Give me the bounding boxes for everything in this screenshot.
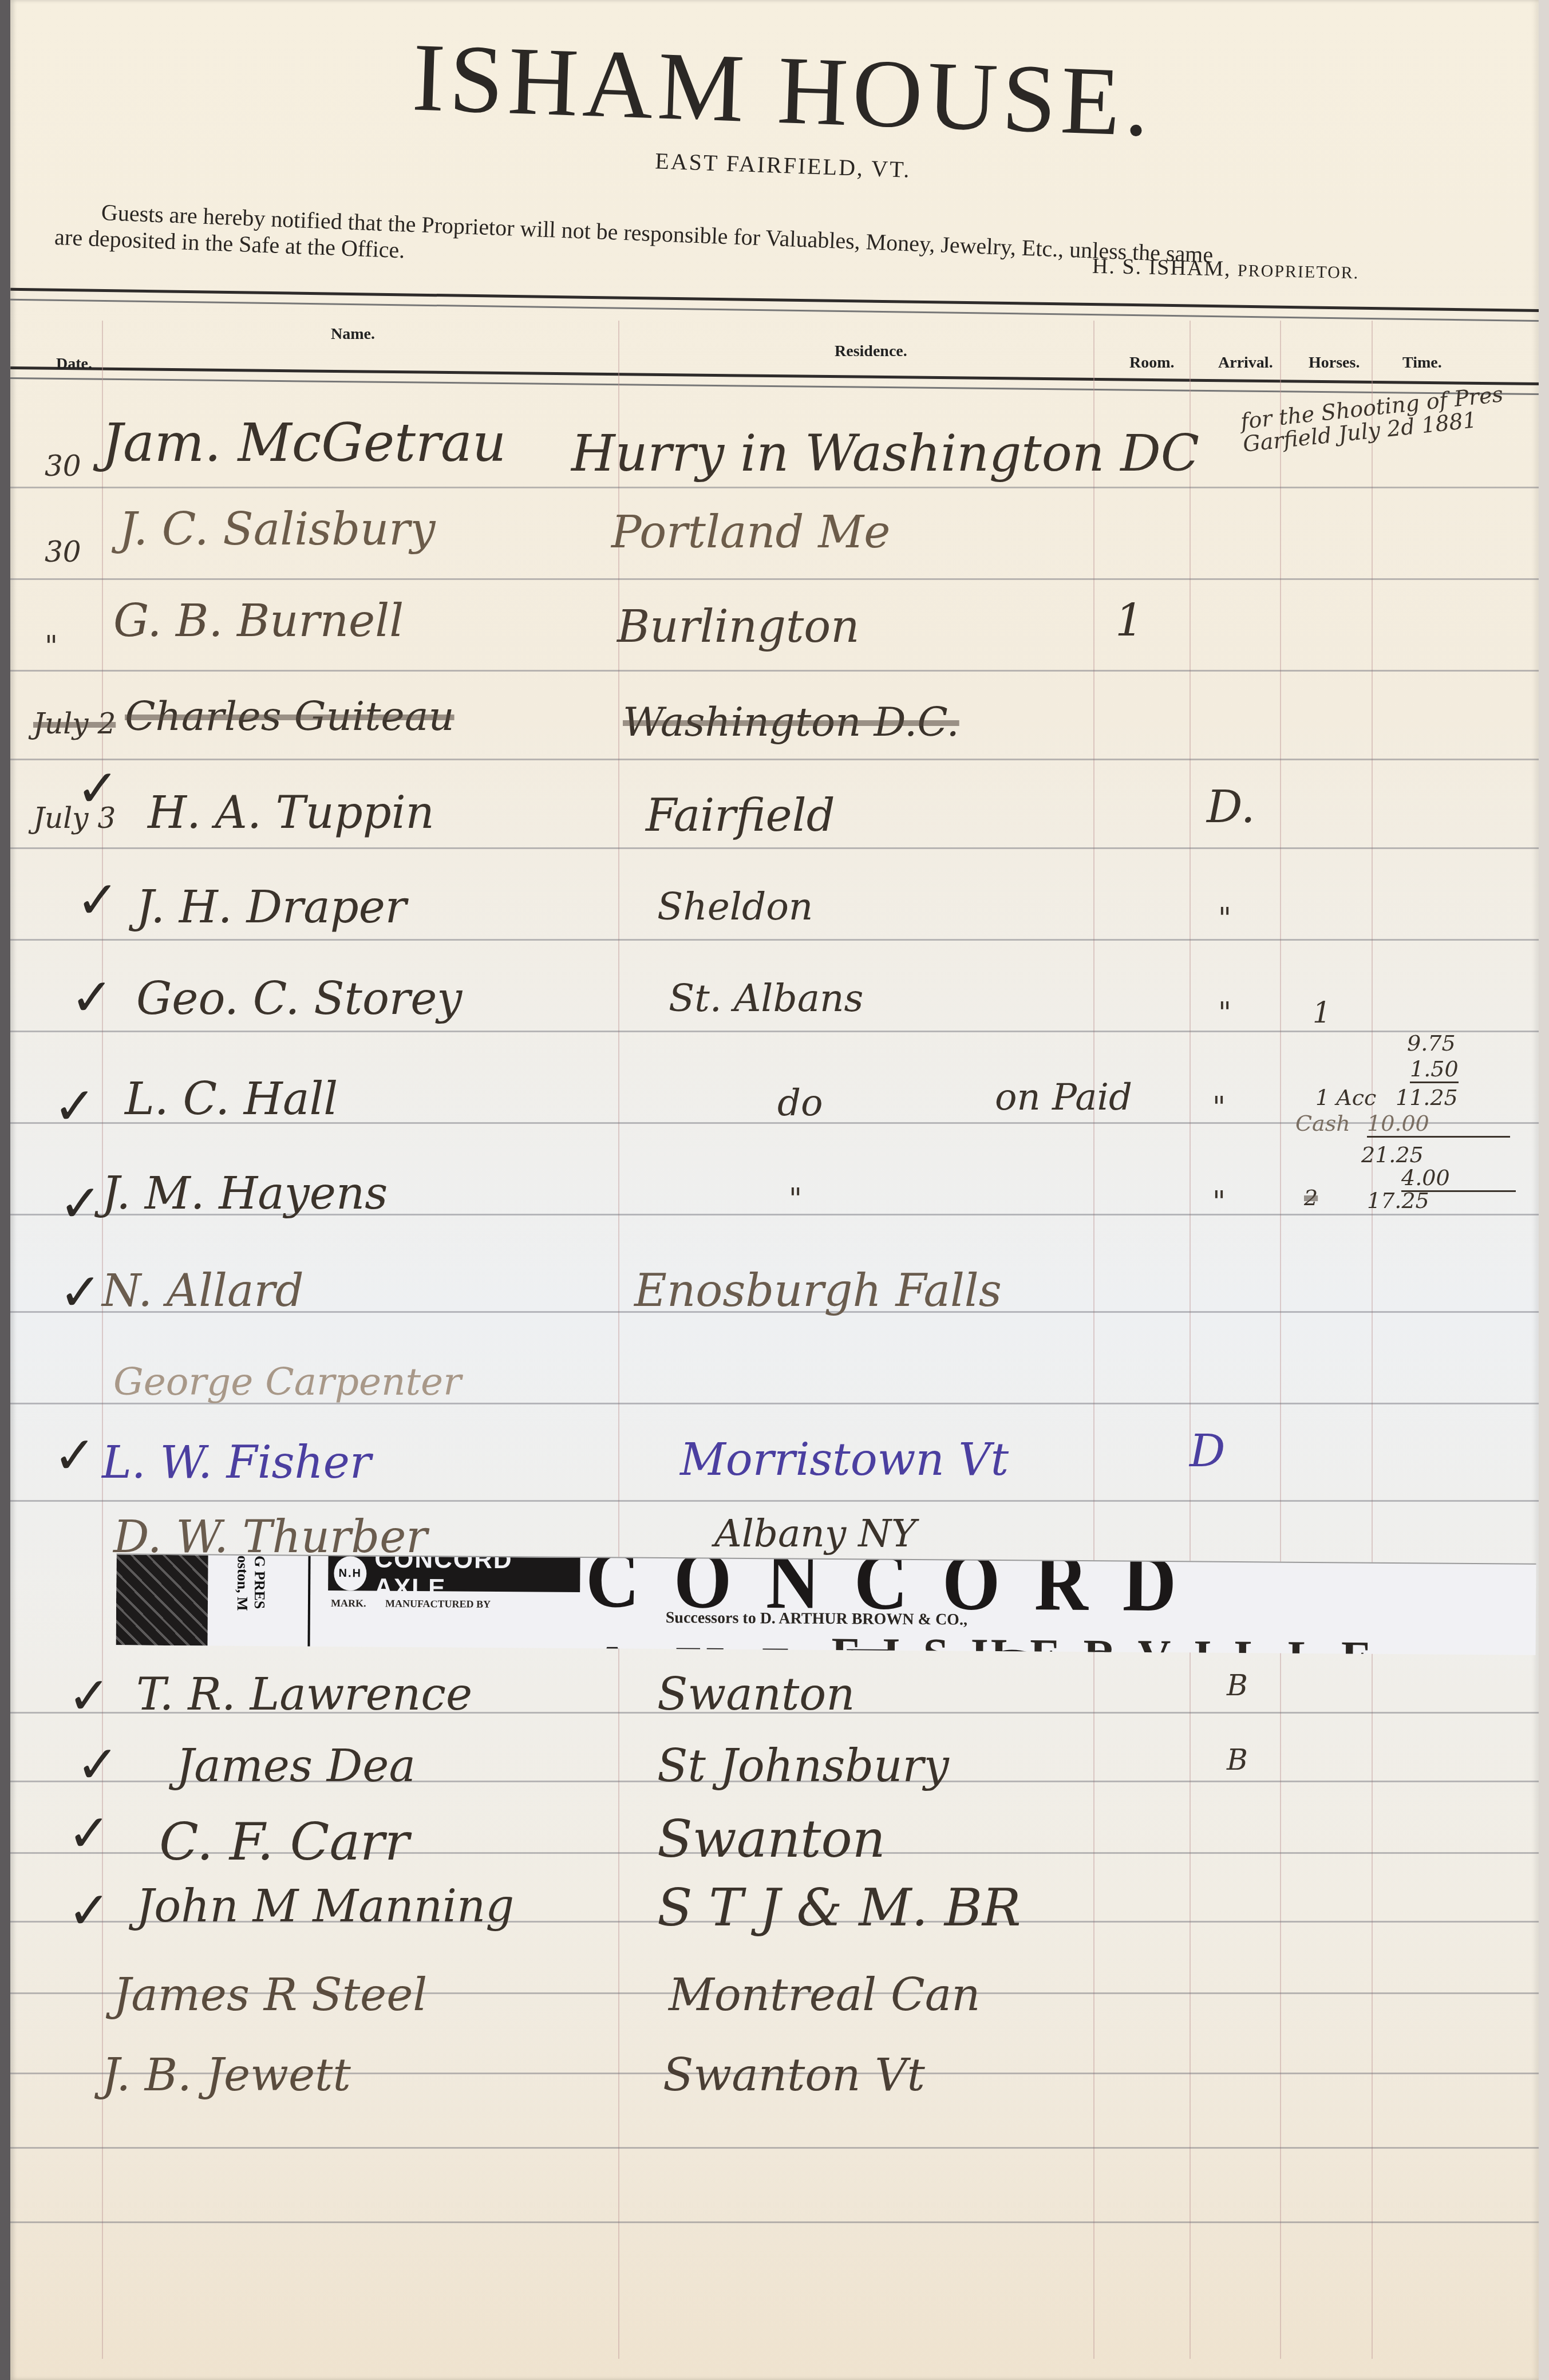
entry-residence: do (777, 1082, 823, 1124)
page-edge (1539, 0, 1549, 2380)
account-line-3-label: 1 Acc (1315, 1085, 1376, 1110)
row-rule (10, 2221, 1539, 2223)
entry-arrival: D (1190, 1426, 1226, 1477)
entry-residence: Sheldon (657, 885, 813, 929)
column-rule-arrival (1280, 321, 1281, 2359)
entry-name: Geo. C. Storey (136, 973, 462, 1025)
account-line-4: 10.00 (1367, 1111, 1510, 1138)
entry-name: H. A. Tuppin (148, 787, 434, 839)
entry-residence: " (789, 1182, 802, 1215)
entry-residence: Hurry in Washington DC (571, 424, 1199, 483)
ad-side-text-2: oston, M (234, 1556, 251, 1611)
column-rule-residence (1093, 321, 1094, 2359)
row-rule (10, 2147, 1539, 2149)
entry-residence: Montreal Can (669, 1969, 981, 2021)
entry-residence: Swanton (657, 1669, 855, 1720)
entry-date: 30 (45, 535, 81, 569)
entry-residence: Swanton Vt (663, 2050, 925, 2101)
column-header-residence: Residence. (835, 342, 907, 361)
entry-arrival: D. (1207, 782, 1255, 833)
check-mark-icon: ✓ (76, 870, 119, 930)
column-header-name: Name. (331, 325, 375, 344)
entry-arrival: " (1218, 996, 1231, 1029)
account-struck-total: 2 (1304, 1185, 1318, 1210)
row-rule (10, 1500, 1539, 1502)
entry-arrival: " (1218, 902, 1231, 935)
entry-arrival: " (1212, 1091, 1226, 1124)
ad-side-text: G PRES oston, M (216, 1556, 268, 1647)
entry-name: T. R. Lawrence (136, 1669, 472, 1720)
entry-residence: Enosburgh Falls (634, 1265, 1002, 1317)
trademark-logo-text: CONCORD AXLE (374, 1553, 580, 1604)
successors-line: Successors to D. ARTHUR BROWN & CO., (666, 1609, 967, 1629)
entry-name: John M Manning (136, 1881, 514, 1932)
check-mark-icon: ✓ (53, 1076, 96, 1136)
entry-name: Jam. McGetrau (102, 412, 506, 473)
entry-date: 30 (45, 449, 81, 483)
entry-residence: St Johnsbury (657, 1740, 949, 1792)
entry-name: J. B. Jewett (102, 2050, 351, 2101)
book-binding-edge (0, 0, 10, 2380)
proprietor-name: H. S. ISHAM, (1092, 254, 1231, 281)
account-line-3: 11.25 (1396, 1085, 1458, 1110)
ad-divider (307, 1556, 310, 1647)
account-line-5: 21.25 (1361, 1142, 1424, 1167)
entry-arrival: " (1212, 1185, 1226, 1218)
trademark-label: MARK. (331, 1597, 366, 1609)
row-rule (10, 487, 1539, 488)
entry-residence: St. Albans (669, 976, 863, 1020)
ad-side-text-1: G PRES (251, 1556, 268, 1609)
entry-payment-note: on Paid (995, 1076, 1132, 1119)
entry-residence: Morristown Vt (680, 1434, 1009, 1486)
entry-arrival: B (1227, 1743, 1248, 1777)
trademark-logo: N.H CONCORD AXLE (328, 1556, 580, 1592)
entry-arrival: B (1227, 1669, 1248, 1702)
entry-name-struck: Charles Guiteau (125, 693, 455, 740)
entry-horses: 1 (1313, 996, 1331, 1029)
hotel-title: ISHAM HOUSE. (352, 19, 1214, 161)
entry-residence: S T J & M. BR (657, 1878, 1021, 1938)
pasted-advertisement: G PRES oston, M N.H CONCORD AXLE MARK. M… (116, 1553, 1536, 1655)
row-rule (10, 759, 1539, 760)
check-mark-icon: ✓ (76, 1735, 119, 1795)
entry-room: 1 (1115, 595, 1144, 647)
manufactured-by-label: MANUFACTURED BY (385, 1598, 491, 1611)
row-rule (10, 847, 1539, 849)
company-city: FISHERVILLE, N. H. (831, 1628, 1535, 1655)
account-line-4-label: Cash (1295, 1111, 1350, 1136)
entry-name: L. C. Hall (125, 1073, 338, 1125)
entry-name: N. Allard (102, 1265, 304, 1317)
entry-name: James R Steel (113, 1969, 427, 2021)
column-header-horses: Horses. (1309, 354, 1360, 372)
engraving-illustration (116, 1554, 208, 1645)
entry-name: J. C. Salisbury (119, 504, 436, 555)
entry-residence: Burlington (617, 601, 859, 653)
entry-residence: Portland Me (611, 507, 890, 558)
column-rule-room (1190, 321, 1191, 2359)
entry-name: G. B. Burnell (113, 595, 404, 647)
entry-name: L. W. Fisher (102, 1437, 371, 1489)
entry-residence: Swanton (657, 1809, 886, 1869)
entry-date: July 2 (33, 707, 116, 740)
liability-notice: Guests are hereby notified that the Prop… (54, 198, 1520, 306)
proprietor-title: PROPRIETOR. (1238, 261, 1360, 282)
entry-name: J. H. Draper (136, 882, 406, 933)
entry-name: C. F. Carr (159, 1812, 409, 1872)
row-rule (10, 670, 1539, 672)
check-mark-icon: ✓ (53, 1426, 96, 1486)
entry-residence: Albany NY (714, 1511, 916, 1556)
column-header-arrival: Arrival. (1218, 354, 1273, 372)
account-line-7: 17.25 (1367, 1188, 1429, 1213)
check-mark-icon: ✓ (59, 1262, 102, 1323)
check-mark-icon: ✓ (68, 1803, 110, 1864)
account-line-2: 1.50 (1410, 1056, 1459, 1083)
column-header-date: Date. (56, 355, 92, 373)
account-calculation: 9.75 1.50 1 Acc 11.25 Cash 10.00 21.25 4… (1281, 1031, 1522, 1219)
column-rule-horses (1372, 321, 1373, 2359)
check-mark-icon: ✓ (68, 1881, 110, 1941)
register-page: ISHAM HOUSE. EAST FAIRFIELD, VT. Guests … (10, 0, 1539, 2380)
column-header-room: Room. (1129, 354, 1175, 372)
row-rule (10, 578, 1539, 580)
check-mark-icon: ✓ (68, 1666, 110, 1726)
entry-name-faint: George Carpenter (113, 1360, 461, 1404)
nh-seal-icon: N.H (334, 1556, 366, 1590)
entry-residence-struck: Washington D.C. (623, 698, 959, 745)
column-header-time: Time. (1402, 354, 1442, 372)
check-mark-icon: ✓ (59, 1174, 102, 1234)
check-mark-icon: ✓ (70, 968, 113, 1028)
entry-name: J. M. Hayens (102, 1168, 388, 1219)
entry-date: " (45, 630, 58, 663)
account-line-1: 9.75 (1407, 1031, 1456, 1056)
entry-name: James Dea (176, 1740, 416, 1792)
row-rule (10, 939, 1539, 941)
entry-date: July 3 (33, 802, 116, 835)
entry-residence: Fairfield (646, 790, 835, 842)
